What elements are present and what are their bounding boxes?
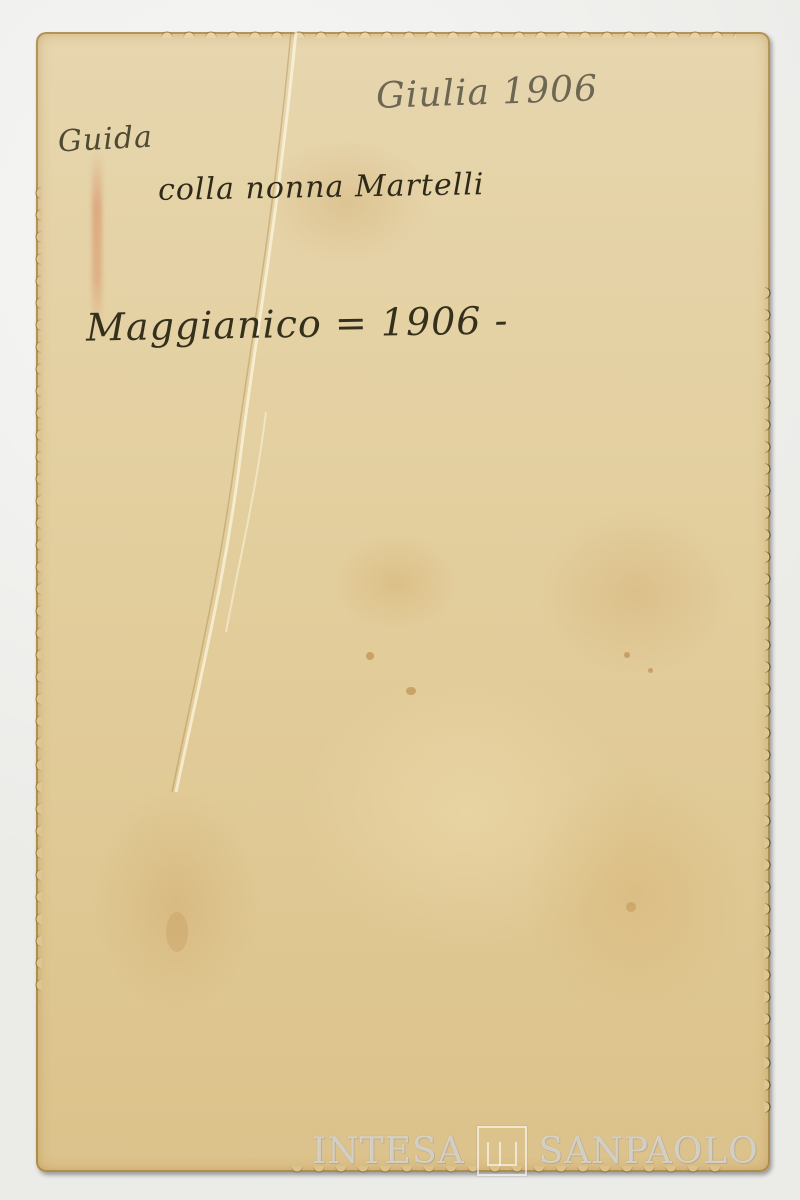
photo-card-back: Giulia 1906 Guida colla nonna Martelli M… <box>36 32 770 1172</box>
foxing-spot <box>648 668 653 673</box>
handwritten-place-date: Maggianico = 1906 - <box>86 298 509 349</box>
foxing-spot <box>406 687 416 695</box>
watermark-right-text: SANPAOLO <box>539 1131 759 1172</box>
handwritten-date-pencil: Giulia 1906 <box>375 68 598 117</box>
foxing-spot <box>624 652 630 658</box>
handwritten-name: Guida <box>57 120 154 160</box>
watermark-left-text: INTESA <box>312 1131 465 1172</box>
intesa-sanpaolo-logo-icon <box>477 1126 527 1176</box>
watermark: INTESA SANPAOLO <box>312 1127 777 1175</box>
handwritten-line-companion: colla nonna Martelli <box>158 167 485 208</box>
foxing-spot <box>366 652 374 660</box>
foxing-spot <box>626 902 636 912</box>
foxing-spot <box>166 912 188 952</box>
